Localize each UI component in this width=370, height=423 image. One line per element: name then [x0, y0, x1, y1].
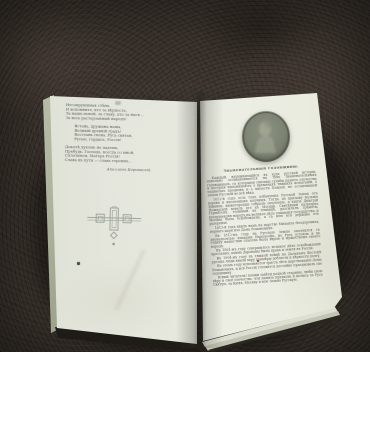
poem-attribution: Аполлонъ Коринѳскій. [65, 166, 185, 173]
cross-vignette-icon [87, 205, 142, 248]
article: Знаменательныя годовщины. Каждый, вдумыв… [206, 162, 323, 287]
poem-block: Несокрушимая стѣна, И вспомните, кто за … [64, 103, 186, 215]
ink-speck [77, 262, 80, 265]
white-matte [0, 352, 370, 423]
poem-stanza: Встань, дружина наша, Великій древній гр… [65, 124, 185, 144]
product-photo-canvas: Несокрушимая стѣна, И вспомните, кто за … [0, 0, 370, 423]
portrait-medallion [242, 111, 290, 162]
article-block: Знаменательныя годовщины. Каждый, вдумыв… [206, 162, 324, 308]
poem-stanza: Доколѣ духомъ не падемъ, Пребудь, Господ… [65, 145, 185, 165]
red-speck [257, 260, 259, 262]
poem-stanza: Несокрушимая стѣна, И вспомните, кто за … [66, 103, 186, 123]
leather-background: Несокрушимая стѣна, И вспомните, кто за … [0, 0, 370, 352]
poem: Несокрушимая стѣна, И вспомните, кто за … [65, 103, 186, 173]
